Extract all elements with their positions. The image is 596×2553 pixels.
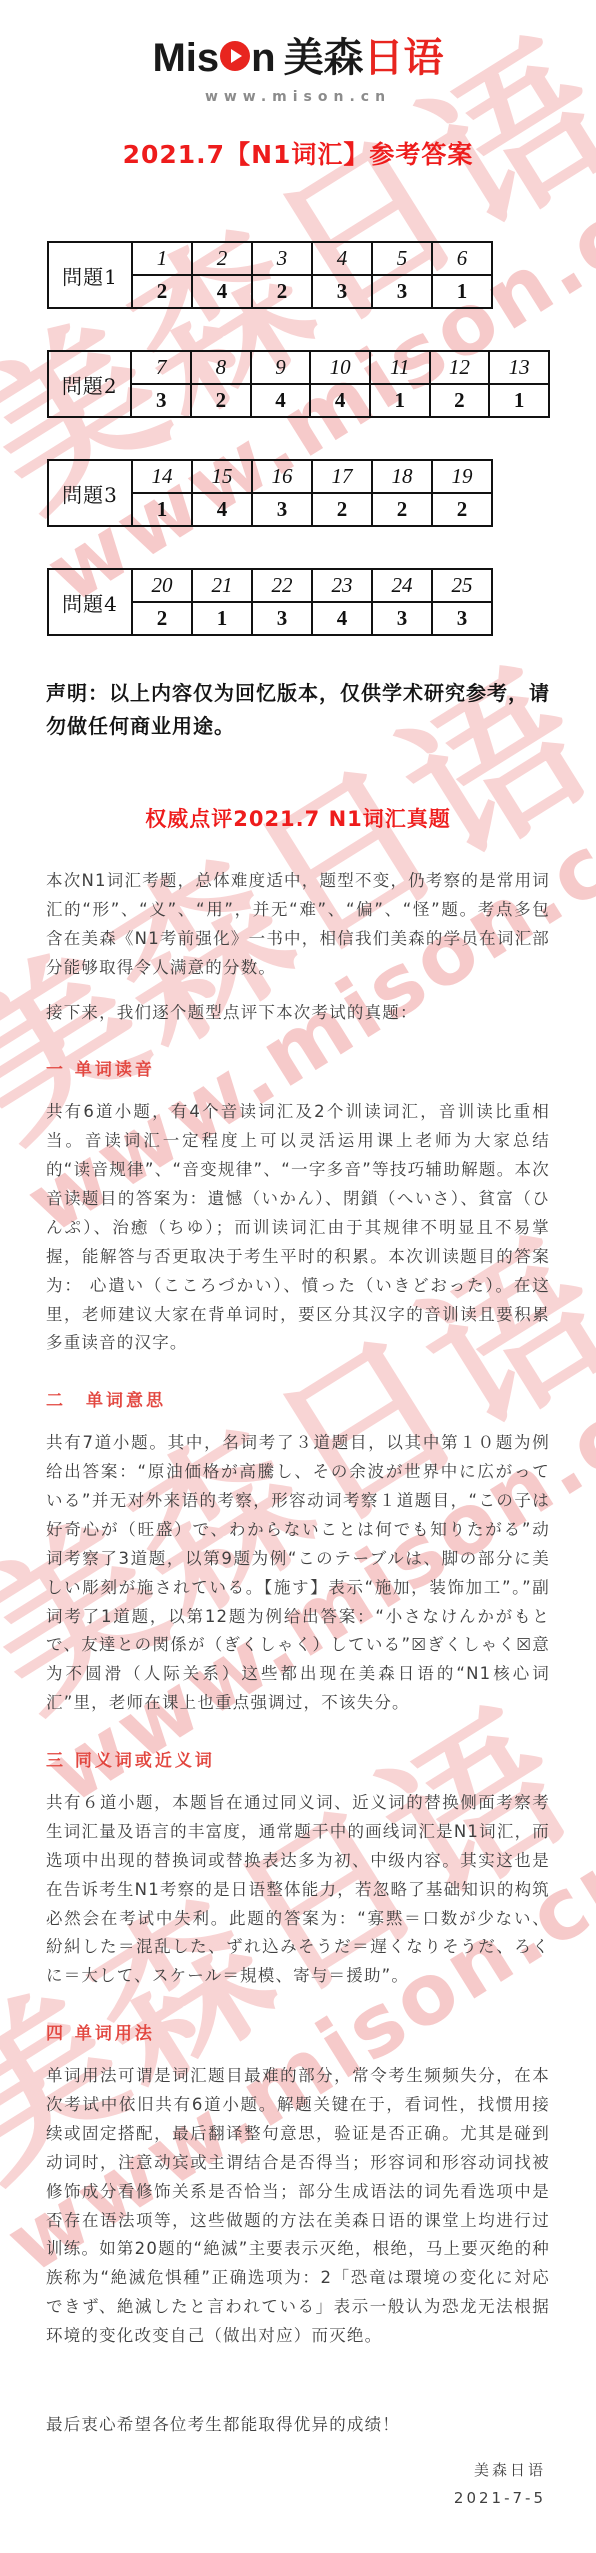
question-number: 4 [312, 242, 372, 275]
document-content: Misn美森日语 www.mison.cn 2021.7【N1词汇】参考答案 問… [0, 0, 596, 2553]
play-icon [220, 41, 250, 71]
question-number: 19 [432, 460, 492, 493]
answer-table-3: 問題3141516171819143222 [47, 459, 493, 527]
question-number: 7 [131, 351, 191, 384]
answer-value: 3 [252, 493, 312, 526]
question-number: 23 [312, 569, 372, 602]
logo-cjk: 美森日语 [284, 36, 444, 80]
question-number: 21 [192, 569, 252, 602]
question-number: 24 [372, 569, 432, 602]
answer-value: 1 [192, 602, 252, 635]
question-number: 17 [312, 460, 372, 493]
question-number: 6 [432, 242, 492, 275]
footer-date: 2021-7-5 [46, 2484, 546, 2513]
page: 美森日语www.mison.cn美森日语www.mison.cn美森日语www.… [0, 0, 596, 2553]
table-label: 問題2 [48, 351, 131, 417]
question-number: 13 [489, 351, 549, 384]
answer-value: 2 [191, 384, 251, 417]
question-number: 9 [251, 351, 311, 384]
answer-value: 1 [132, 493, 192, 526]
question-number: 3 [252, 242, 312, 275]
question-number: 12 [430, 351, 490, 384]
review-intro-2: 接下来，我们逐个题型点评下本次考试的真题： [46, 999, 550, 1028]
disclaimer: 声明：以上内容仅为回忆版本，仅供学术研究参考，请勿做任何商业用途。 [46, 677, 550, 743]
table-label: 問題4 [48, 569, 132, 635]
section-body: 共有6道小题，有4个音读词汇及2个训读词汇，音训读比重相当。音读词汇一定程度上可… [46, 1098, 550, 1358]
answer-value: 2 [432, 493, 492, 526]
section-heading: 一 单词读音 [46, 1055, 550, 1080]
logo-brand-black: 美森 [284, 36, 364, 80]
answer-value: 3 [372, 275, 432, 308]
table-label: 問題1 [48, 242, 132, 308]
question-number: 22 [252, 569, 312, 602]
footer: 美森日语 2021-7-5 [46, 2456, 550, 2513]
question-number: 20 [132, 569, 192, 602]
answer-value: 3 [252, 602, 312, 635]
section-body: 共有６道小题，本题旨在通过同义词、近义词的替换侧面考察考生词汇量及语言的丰富度，… [46, 1789, 550, 1991]
answer-value: 2 [372, 493, 432, 526]
question-number: 18 [372, 460, 432, 493]
section-body: 单词用法可谓是词汇题目最难的部分，常令考生频频失分，在本次考试中依旧共有6道小题… [46, 2062, 550, 2351]
answer-value: 4 [312, 602, 372, 635]
answer-table-4: 問題4202122232425213433 [47, 568, 493, 636]
answer-table-1: 問題1123456242331 [47, 241, 493, 309]
answer-value: 1 [489, 384, 549, 417]
answer-value: 3 [131, 384, 191, 417]
section-heading: 二 单词意思 [46, 1386, 550, 1411]
section-heading: 四 单词用法 [46, 2019, 550, 2044]
answer-value: 3 [372, 602, 432, 635]
section-heading: 三 同义词或近义词 [46, 1746, 550, 1771]
answer-value: 3 [432, 602, 492, 635]
question-number: 11 [370, 351, 430, 384]
answer-table-2: 問題2789101112133244121 [47, 350, 550, 418]
question-number: 2 [192, 242, 252, 275]
logo-text-left: Mis [152, 36, 219, 80]
answer-value: 2 [312, 493, 372, 526]
answer-tables: 問題1123456242331問題2789101112133244121問題31… [47, 241, 550, 636]
footer-brand: 美森日语 [46, 2456, 546, 2485]
logo-brand-red: 日语 [364, 36, 444, 80]
answer-value: 3 [312, 275, 372, 308]
logo-url: www.mison.cn [46, 89, 550, 105]
answer-value: 2 [132, 602, 192, 635]
answer-value: 2 [430, 384, 490, 417]
question-number: 1 [132, 242, 192, 275]
logo-wordmark: Misn美森日语 [46, 26, 550, 83]
question-number: 16 [252, 460, 312, 493]
table-label: 問題3 [48, 460, 132, 526]
review-heading: 权威点评2021.7 N1词汇真题 [46, 803, 550, 833]
question-number: 14 [132, 460, 192, 493]
answer-value: 4 [310, 384, 370, 417]
question-number: 5 [372, 242, 432, 275]
answer-value: 4 [192, 275, 252, 308]
closing-note: 最后衷心希望各位考生都能取得优异的成绩！ [46, 2411, 550, 2440]
answer-value: 4 [251, 384, 311, 417]
answer-value: 1 [432, 275, 492, 308]
answer-value: 2 [132, 275, 192, 308]
question-number: 10 [310, 351, 370, 384]
page-title: 2021.7【N1词汇】参考答案 [46, 135, 550, 171]
logo-text-right: n [251, 36, 275, 80]
question-number: 15 [192, 460, 252, 493]
section-body: 共有7道小题。其中，名词考了３道题目，以其中第１０题为例给出答案：“原油価格が高… [46, 1429, 550, 1718]
logo: Misn美森日语 www.mison.cn [46, 26, 550, 105]
review-sections: 一 单词读音共有6道小题，有4个音读词汇及2个训读词汇，音训读比重相当。音读词汇… [46, 1055, 550, 2351]
answer-value: 4 [192, 493, 252, 526]
answer-value: 1 [370, 384, 430, 417]
question-number: 25 [432, 569, 492, 602]
question-number: 8 [191, 351, 251, 384]
review-intro-1: 本次N1词汇考题，总体难度适中，题型不变，仍考察的是常用词汇的“形”、“义”、“… [46, 867, 550, 983]
answer-value: 2 [252, 275, 312, 308]
